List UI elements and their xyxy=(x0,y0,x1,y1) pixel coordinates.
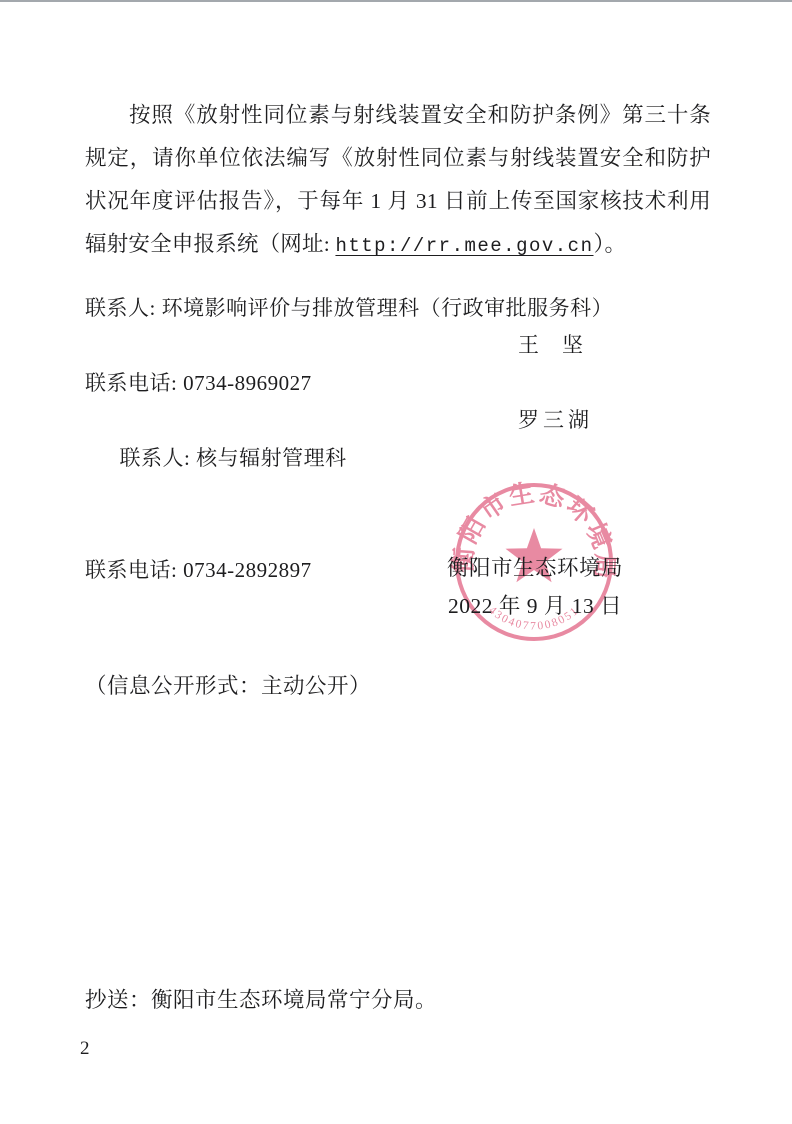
body-text-after-url: ）。 xyxy=(594,232,627,256)
contact1-line: 联系人: 环境影响评价与排放管理科（行政审批服务科） xyxy=(85,290,725,327)
cc-line: 抄送：衡阳市生态环境局常宁分局。 xyxy=(85,983,437,1014)
contact2-line: 联系人: 核与辐射管理科 xyxy=(120,446,347,470)
contact1-name: 王 坚 xyxy=(85,327,725,364)
signature-organization: 衡阳市生态环境局 xyxy=(447,551,623,582)
report-system-url: http://rr.mee.gov.cn xyxy=(335,235,593,257)
document-page: 按照《放射性同位素与射线装置安全和防护条例》第三十条规定，请你单位依法编写《放射… xyxy=(0,0,792,1124)
signature-date: 2022 年 9 月 13 日 xyxy=(448,589,622,620)
contact2-line-row: 联系人: 核与辐射管理科 罗三湖 xyxy=(85,402,725,552)
phone1-line: 联系电话: 0734-8969027 xyxy=(85,365,725,402)
disclosure-note: （信息公开形式：主动公开） xyxy=(85,669,371,700)
body-paragraph: 按照《放射性同位素与射线装置安全和防护条例》第三十条规定，请你单位依法编写《放射… xyxy=(85,94,711,268)
contact2-name: 罗三湖 xyxy=(518,402,593,439)
page-number: 2 xyxy=(80,1038,90,1060)
scan-edge-artifact xyxy=(0,0,792,2)
phone2-line: 联系电话: 0734-2892897 xyxy=(85,552,725,589)
contact-block: 联系人: 环境影响评价与排放管理科（行政审批服务科） 王 坚 联系电话: 073… xyxy=(85,290,725,589)
